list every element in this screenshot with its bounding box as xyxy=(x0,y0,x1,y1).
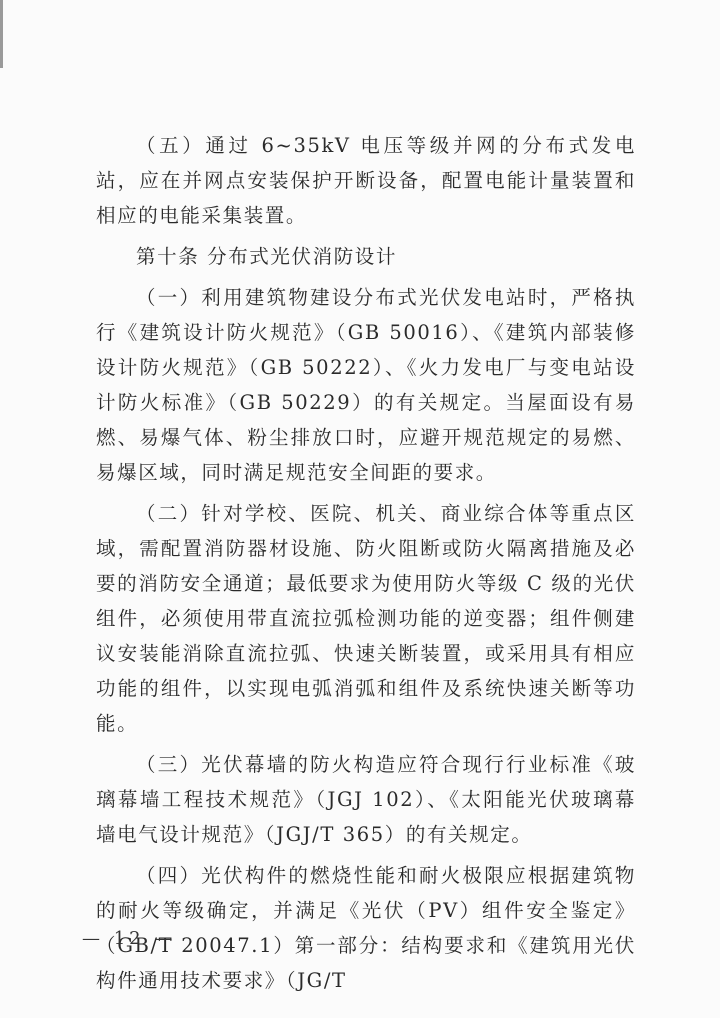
page-number: — 12 — xyxy=(82,928,176,949)
paragraph-item-2: （二）针对学校、医院、机关、商业综合体等重点区域，需配置消防器材设施、防火阻断或… xyxy=(96,496,636,741)
paragraph-item-4: （四）光伏构件的燃烧性能和耐火极限应根据建筑物的耐火等级确定，并满足《光伏（PV… xyxy=(96,858,636,998)
paragraph-item-1: （一）利用建筑物建设分布式光伏发电站时，严格执行《建筑设计防火规范》（GB 50… xyxy=(96,280,636,490)
paragraph-item-5: （五）通过 6~35kV 电压等级并网的分布式发电站，应在并网点安装保护开断设备… xyxy=(96,128,636,233)
article-heading: 第十条 分布式光伏消防设计 xyxy=(96,239,636,274)
paragraph-item-3: （三）光伏幕墙的防火构造应符合现行行业标准《玻璃幕墙工程技术规范》（JGJ 10… xyxy=(96,747,636,852)
document-page: （五）通过 6~35kV 电压等级并网的分布式发电站，应在并网点安装保护开断设备… xyxy=(96,128,636,1004)
scan-edge-line xyxy=(0,0,3,68)
